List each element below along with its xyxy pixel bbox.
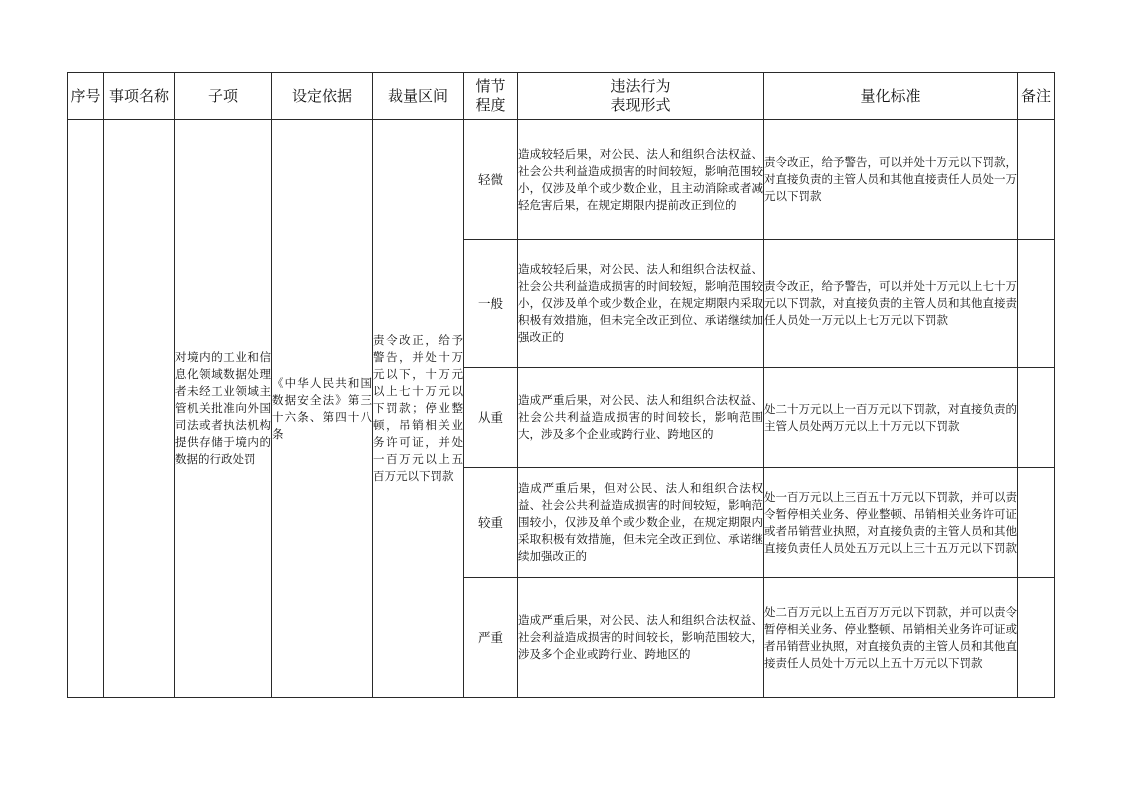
cell-remark — [1018, 240, 1055, 368]
header-behavior: 违法行为 表现形式 — [518, 73, 764, 120]
cell-remark — [1018, 468, 1055, 578]
cell-behavior: 造成较轻后果，对公民、法人和组织合法权益、社会公共利益造成损害的时间较短，影响范… — [518, 240, 764, 368]
cell-standard: 处二百万元以上五百万万元以下罚款，并可以责令暂停相关业务、停业整顿、吊销相关业务… — [764, 578, 1018, 698]
cell-standard: 处二十万元以上一百万元以下罚款，对直接负责的主管人员处两万元以上十万元以下罚款 — [764, 368, 1018, 468]
header-degree-line1: 情节 — [464, 77, 517, 96]
cell-standard: 责令改正，给予警告，可以并处十万元以上七十万元以下罚款，对直接负责的主管人员和其… — [764, 240, 1018, 368]
cell-seq — [68, 120, 104, 698]
cell-degree: 从重 — [464, 368, 518, 468]
header-range: 裁量区间 — [373, 73, 464, 120]
header-basis: 设定依据 — [272, 73, 373, 120]
cell-range: 责令改正，给予警告，并处十万元以下，十万元以上七十万元以下罚款；停业整顿，吊销相… — [373, 120, 464, 698]
cell-degree: 较重 — [464, 468, 518, 578]
cell-remark — [1018, 578, 1055, 698]
header-seq: 序号 — [68, 73, 104, 120]
cell-degree: 轻微 — [464, 120, 518, 240]
header-degree-line2: 程度 — [464, 96, 517, 115]
cell-behavior: 造成严重后果，对公民、法人和组织合法权益、社会利益造成损害的时间较长，影响范围较… — [518, 578, 764, 698]
header-standard: 量化标准 — [764, 73, 1018, 120]
header-degree: 情节 程度 — [464, 73, 518, 120]
cell-standard: 责令改正，给予警告，可以并处十万元以下罚款，对直接负责的主管人员和其他直接责任人… — [764, 120, 1018, 240]
cell-behavior: 造成严重后果，对公民、法人和组织合法权益、社会公共利益造成损害的时间较长，影响范… — [518, 368, 764, 468]
cell-remark — [1018, 368, 1055, 468]
header-row: 序号 事项名称 子项 设定依据 裁量区间 情节 程度 违法行为 表现形式 量化标… — [68, 73, 1055, 120]
header-remark: 备注 — [1018, 73, 1055, 120]
table-row: 对境内的工业和信息化领域数据处理者未经工业领域主管机关批准向外国司法或者执法机构… — [68, 120, 1055, 240]
header-sub-item: 子项 — [175, 73, 272, 120]
cell-degree: 严重 — [464, 578, 518, 698]
cell-remark — [1018, 120, 1055, 240]
header-item-name: 事项名称 — [104, 73, 175, 120]
cell-behavior: 造成较轻后果，对公民、法人和组织合法权益、社会公共利益造成损害的时间较短，影响范… — [518, 120, 764, 240]
header-behavior-line1: 违法行为 — [518, 77, 763, 96]
cell-behavior: 造成严重后果，但对公民、法人和组织合法权益、社会公共利益造成损害的时间较短，影响… — [518, 468, 764, 578]
cell-standard: 处一百万元以上三百五十万元以下罚款，并可以责令暂停相关业务、停业整顿、吊销相关业… — [764, 468, 1018, 578]
cell-basis: 《中华人民共和国数据安全法》第三十六条、第四十八条 — [272, 120, 373, 698]
cell-sub-item: 对境内的工业和信息化领域数据处理者未经工业领域主管机关批准向外国司法或者执法机构… — [175, 120, 272, 698]
header-behavior-line2: 表现形式 — [518, 96, 763, 115]
cell-item-name — [104, 120, 175, 698]
cell-degree: 一般 — [464, 240, 518, 368]
penalty-standard-table: 序号 事项名称 子项 设定依据 裁量区间 情节 程度 违法行为 表现形式 量化标… — [67, 72, 1055, 698]
